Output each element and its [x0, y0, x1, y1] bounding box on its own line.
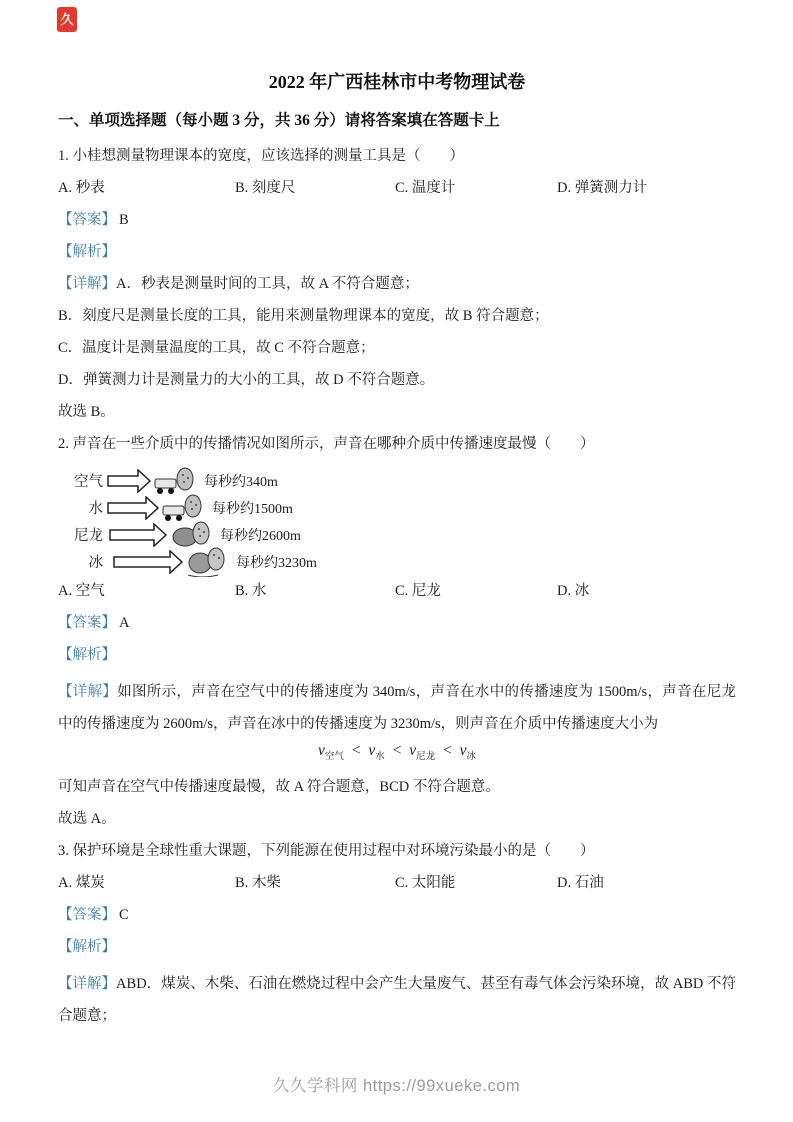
- red-bookmark-icon: 久: [57, 7, 77, 32]
- figure-row-ice: 冰 每秒约3230m: [58, 548, 736, 575]
- formula-term: v冰: [460, 742, 476, 762]
- q3-option-d: D. 石油: [557, 872, 736, 894]
- section-heading: 一、单项选择题（每小题 3 分，共 36 分）请将答案填在答题卡上: [58, 110, 736, 132]
- q2-options: A. 空气 B. 水 C. 尼龙 D. 冰: [58, 580, 736, 602]
- q2-option-b: B. 水: [235, 580, 395, 602]
- speed-text: 每秒约2600m: [220, 525, 301, 545]
- q2-analysis-line: 【解析】: [58, 644, 736, 666]
- q1-answer-line: 【答案】B: [58, 209, 736, 231]
- q2-option-d: D. 冰: [557, 580, 736, 602]
- right-arrow-icon: [113, 550, 183, 574]
- analysis-label: 【解析】: [58, 244, 116, 260]
- q2-detail-text: 如图所示，声音在空气中的传播速度为 340m/s，声音在水中的传播速度为 150…: [58, 684, 736, 732]
- speed-text: 每秒约3230m: [236, 552, 317, 572]
- q3-detail: 【详解】ABD．煤炭、木柴、石油在燃烧过程中会产生大量废气、甚至有毒气体会污染环…: [58, 968, 736, 1032]
- logo-glyph: 久: [60, 13, 73, 26]
- q3-options: A. 煤炭 B. 木柴 C. 太阳能 D. 石油: [58, 872, 736, 894]
- page-title: 2022 年广西桂林市中考物理试卷: [58, 0, 736, 95]
- q2-detail: 【详解】如图所示，声音在空气中的传播速度为 340m/s，声音在水中的传播速度为…: [58, 676, 736, 740]
- q3-answer-value: C: [119, 907, 129, 923]
- runner-icon: [186, 547, 230, 577]
- figure-row-air: 空气 每秒约340m: [58, 467, 736, 494]
- right-arrow-icon: [107, 469, 151, 493]
- q2-answer-line: 【答案】A: [58, 612, 736, 634]
- q3-answer-line: 【答案】C: [58, 904, 736, 926]
- right-arrow-icon: [109, 523, 167, 547]
- formula-term: v尼龙: [409, 742, 435, 762]
- q2-conclusion: 故选 A。: [58, 808, 736, 830]
- medium-label: 冰: [58, 551, 103, 572]
- q1-option-a: A. 秒表: [58, 177, 235, 199]
- q3-option-a: A. 煤炭: [58, 872, 235, 894]
- q1-analysis-line: 【解析】: [58, 241, 736, 263]
- runner-cart-icon: [162, 493, 206, 523]
- q1-options: A. 秒表 B. 刻度尺 C. 温度计 D. 弹簧测力计: [58, 177, 736, 199]
- watermark-footer: 久久学科网 https://99xueke.com: [0, 1072, 793, 1096]
- runner-cart-icon: [154, 466, 198, 496]
- q2-figure: 空气 每秒约340m 水: [58, 467, 736, 575]
- q3-analysis-line: 【解析】: [58, 936, 736, 958]
- q3-option-c: C. 太阳能: [395, 872, 557, 894]
- runner-icon: [170, 520, 214, 550]
- answer-label: 【答案】: [58, 907, 116, 923]
- detail-label: 【详解】: [58, 276, 116, 292]
- medium-label: 尼龙: [58, 524, 103, 545]
- speed-text: 每秒约1500m: [212, 498, 293, 518]
- page-content: 2022 年广西桂林市中考物理试卷 一、单项选择题（每小题 3 分，共 36 分…: [0, 0, 793, 1032]
- formula-term: v水: [368, 742, 384, 762]
- less-than-sign: <: [442, 742, 452, 760]
- q1-option-b: B. 刻度尺: [235, 177, 395, 199]
- q1-detail-a-text: A．秒表是测量时间的工具，故 A 不符合题意；: [116, 276, 419, 292]
- q2-option-c: C. 尼龙: [395, 580, 557, 602]
- q1-option-c: C. 温度计: [395, 177, 557, 199]
- less-than-sign: <: [392, 742, 402, 760]
- q2-formula: v空气 < v水 < v尼龙 < v冰: [58, 742, 736, 766]
- exam-paper-page: 久 2022 年广西桂林市中考物理试卷 一、单项选择题（每小题 3 分，共 36…: [0, 0, 793, 1122]
- detail-label: 【详解】: [58, 684, 117, 700]
- medium-label: 空气: [58, 470, 103, 491]
- q1-option-d: D. 弹簧测力计: [557, 177, 736, 199]
- figure-row-water: 水 每秒约1500m: [58, 494, 736, 521]
- q2-stem: 2. 声音在一些介质中的传播情况如图所示，声音在哪种介质中传播速度最慢（ ）: [58, 433, 736, 455]
- q1-detail-b: B．刻度尺是测量长度的工具，能用来测量物理课本的宽度，故 B 符合题意；: [58, 305, 736, 327]
- q1-conclusion: 故选 B。: [58, 401, 736, 423]
- q1-detail-d: D．弹簧测力计是测量力的大小的工具，故 D 不符合题意。: [58, 369, 736, 391]
- q1-detail-a: 【详解】A．秒表是测量时间的工具，故 A 不符合题意；: [58, 273, 736, 295]
- formula-term: v空气: [318, 742, 344, 762]
- q2-option-a: A. 空气: [58, 580, 235, 602]
- analysis-label: 【解析】: [58, 939, 116, 955]
- q3-detail-text: ABD．煤炭、木柴、石油在燃烧过程中会产生大量废气、甚至有毒气体会污染环境，故 …: [58, 976, 736, 1024]
- figure-row-nylon: 尼龙 每秒约2600m: [58, 521, 736, 548]
- detail-label: 【详解】: [58, 976, 116, 992]
- q2-after-formula: 可知声音在空气中传播速度最慢，故 A 符合题意，BCD 不符合题意。: [58, 776, 736, 798]
- q1-stem: 1. 小桂想测量物理课本的宽度，应该选择的测量工具是（ ）: [58, 145, 736, 167]
- right-arrow-icon: [107, 496, 159, 520]
- analysis-label: 【解析】: [58, 647, 116, 663]
- answer-label: 【答案】: [58, 212, 116, 228]
- q2-answer-value: A: [119, 615, 129, 631]
- q3-option-b: B. 木柴: [235, 872, 395, 894]
- less-than-sign: <: [351, 742, 361, 760]
- medium-label: 水: [58, 497, 103, 518]
- q3-stem: 3. 保护环境是全球性重大课题，下列能源在使用过程中对环境污染最小的是（ ）: [58, 840, 736, 862]
- q1-answer-value: B: [119, 212, 129, 228]
- answer-label: 【答案】: [58, 615, 116, 631]
- q1-detail-c: C．温度计是测量温度的工具，故 C 不符合题意；: [58, 337, 736, 359]
- speed-text: 每秒约340m: [204, 471, 278, 491]
